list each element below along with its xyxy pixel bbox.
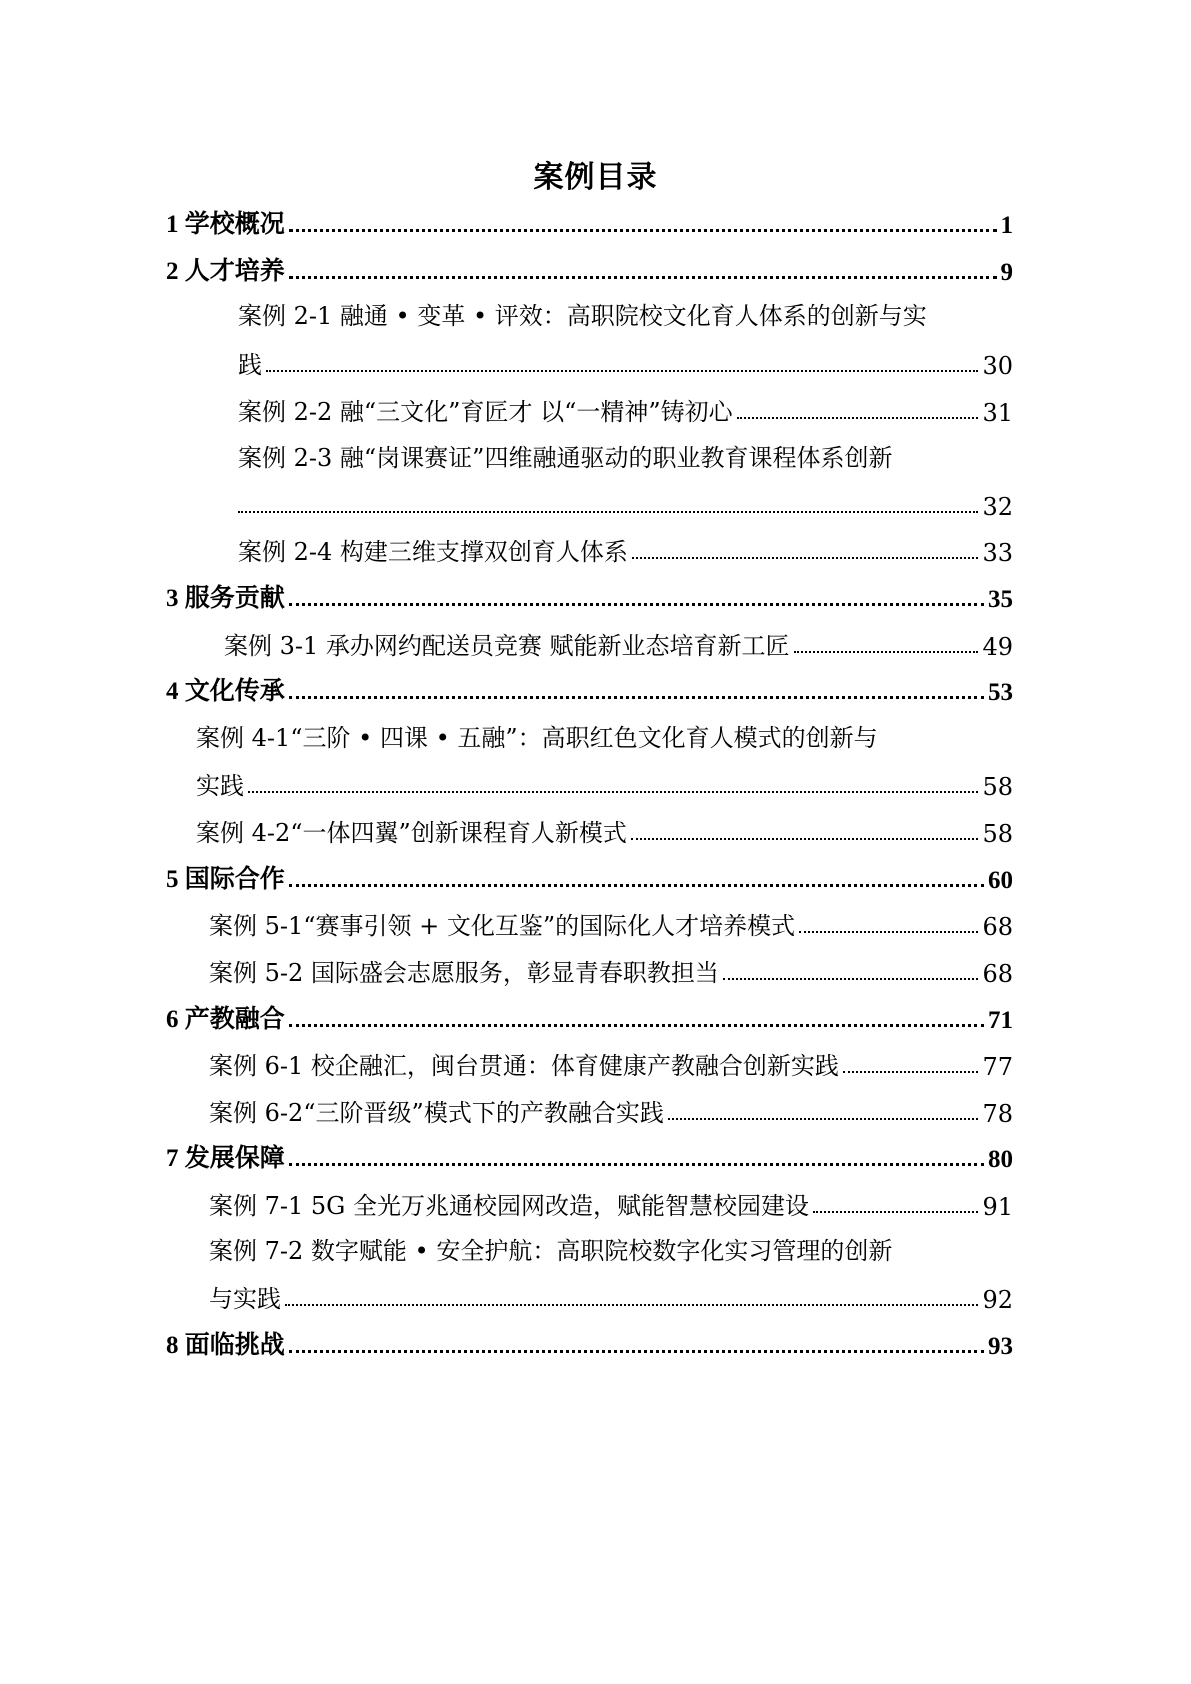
dot-leader [668, 1118, 979, 1120]
toc-case-label: 案例 2-4 构建三维支撑双创育人体系 [238, 532, 630, 567]
dot-leader [813, 1211, 978, 1213]
toc-chapter-4[interactable]: 4 文化传承 53 [166, 667, 1013, 707]
toc-case-label: 案例 5-2 国际盛会志愿服务，彰显青春职教担当 [209, 953, 721, 988]
page-title: 案例目录 [0, 152, 1191, 196]
toc-chapter-label: 4 文化传承 [166, 671, 287, 707]
toc-case-label: 案例 2-2 融“三文化”育匠才 以“一精神”铸初心 [238, 392, 735, 427]
toc-page-number: 53 [986, 679, 1013, 707]
toc-page-number: 92 [980, 1286, 1013, 1314]
toc-case-7-1[interactable]: 案例 7-1 5G 全光万兆通校园网改造，赋能智慧校园建设 91 [209, 1181, 1013, 1221]
toc-page-number: 78 [980, 1100, 1013, 1128]
toc-chapter-7[interactable]: 7 发展保障 80 [166, 1134, 1013, 1174]
toc-page-number: 35 [986, 586, 1013, 614]
toc-page-number: 30 [980, 352, 1013, 380]
toc-chapter-label: 5 国际合作 [166, 859, 287, 895]
toc-case-label: 案例 4-2“一体四翼”创新课程育人新模式 [196, 813, 629, 848]
toc-chapter-label: 3 服务贡献 [166, 578, 287, 614]
toc-case-2-1-line1[interactable]: 案例 2-1 融通 • 变革 • 评效：高职院校文化育人体系的创新与实 [238, 296, 927, 331]
dot-leader [266, 370, 978, 372]
toc-case-label: 与实践 [209, 1279, 283, 1314]
toc-case-2-1[interactable]: 践 30 [238, 340, 1013, 380]
toc-case-7-2-line1[interactable]: 案例 7-2 数字赋能 • 安全护航：高职院校数字化实习管理的创新 [209, 1231, 892, 1266]
dot-leader [289, 1024, 984, 1027]
dot-leader [289, 884, 984, 887]
toc-page-number: 33 [980, 539, 1013, 567]
toc-page-number: 68 [980, 960, 1013, 988]
toc-chapter-6[interactable]: 6 产教融合 71 [166, 995, 1013, 1035]
toc-case-2-4[interactable]: 案例 2-4 构建三维支撑双创育人体系 33 [238, 527, 1013, 567]
dot-leader [631, 838, 979, 840]
dot-leader [289, 229, 997, 232]
toc-chapter-label: 8 面临挑战 [166, 1325, 287, 1361]
toc-page-number: 1 [999, 212, 1014, 240]
dot-leader [289, 276, 997, 279]
toc-case-5-2[interactable]: 案例 5-2 国际盛会志愿服务，彰显青春职教担当 68 [209, 948, 1013, 988]
dot-leader [843, 1071, 979, 1073]
toc-page-number: 60 [986, 867, 1013, 895]
toc-case-label: 践 [238, 345, 264, 380]
toc-page-number: 71 [986, 1007, 1013, 1035]
toc-case-label: 案例 3-1 承办网约配送员竞赛 赋能新业态培育新工匠 [224, 626, 792, 661]
toc-case-2-3-line1[interactable]: 案例 2-3 融“岗课赛证”四维融通驱动的职业教育课程体系创新 [238, 438, 892, 473]
dot-leader [285, 1304, 978, 1306]
dot-leader [289, 1163, 984, 1166]
toc-page-number: 91 [980, 1193, 1013, 1221]
dot-leader [723, 978, 979, 980]
toc-chapter-3[interactable]: 3 服务贡献 35 [166, 574, 1013, 614]
toc-page-number: 58 [980, 820, 1013, 848]
toc-page-number: 58 [980, 773, 1013, 801]
dot-leader [238, 511, 978, 513]
toc-chapter-1[interactable]: 1 学校概况 1 [166, 200, 1013, 240]
dot-leader [289, 1350, 984, 1353]
dot-leader [289, 696, 984, 699]
toc-page-number: 9 [999, 259, 1014, 287]
toc-case-3-1[interactable]: 案例 3-1 承办网约配送员竞赛 赋能新业态培育新工匠 49 [224, 621, 1013, 661]
toc-case-4-2[interactable]: 案例 4-2“一体四翼”创新课程育人新模式 58 [196, 808, 1013, 848]
toc-chapter-label: 2 人才培养 [166, 251, 287, 287]
toc-case-label: 案例 5-1“赛事引领 + 文化互鉴”的国际化人才培养模式 [209, 906, 797, 941]
toc-chapter-2[interactable]: 2 人才培养 9 [166, 247, 1013, 287]
dot-leader [737, 417, 979, 419]
toc-case-6-2[interactable]: 案例 6-2“三阶晋级”模式下的产教融合实践 78 [209, 1088, 1013, 1128]
toc-page-number: 32 [980, 493, 1013, 521]
toc-page-number: 31 [980, 399, 1013, 427]
toc-case-label: 案例 6-1 校企融汇，闽台贯通：体育健康产教融合创新实践 [209, 1046, 841, 1081]
toc-page-number: 77 [980, 1053, 1013, 1081]
toc-chapter-8[interactable]: 8 面临挑战 93 [166, 1321, 1013, 1361]
toc-page-number: 68 [980, 913, 1013, 941]
toc-chapter-5[interactable]: 5 国际合作 60 [166, 855, 1013, 895]
toc-case-label: 案例 6-2“三阶晋级”模式下的产教融合实践 [209, 1093, 666, 1128]
toc-case-2-3[interactable]: 32 [238, 481, 1013, 521]
dot-leader [248, 791, 978, 793]
toc-case-4-1-line1[interactable]: 案例 4-1“三阶 • 四课 • 五融”：高职红色文化育人模式的创新与 [196, 718, 878, 753]
toc-chapter-label: 6 产教融合 [166, 999, 287, 1035]
dot-leader [632, 557, 979, 559]
toc-case-4-1[interactable]: 实践 58 [196, 761, 1013, 801]
toc-case-label: 案例 7-1 5G 全光万兆通校园网改造，赋能智慧校园建设 [209, 1186, 811, 1221]
toc-page-number: 93 [986, 1333, 1013, 1361]
dot-leader [289, 603, 984, 606]
toc-case-2-2[interactable]: 案例 2-2 融“三文化”育匠才 以“一精神”铸初心 31 [238, 387, 1013, 427]
toc-page-number: 49 [980, 633, 1013, 661]
dot-leader [794, 651, 979, 653]
toc-case-5-1[interactable]: 案例 5-1“赛事引领 + 文化互鉴”的国际化人才培养模式 68 [209, 901, 1013, 941]
toc-chapter-label: 1 学校概况 [166, 204, 287, 240]
dot-leader [799, 931, 978, 933]
toc-case-7-2[interactable]: 与实践 92 [209, 1274, 1013, 1314]
toc-case-label: 实践 [196, 766, 246, 801]
toc-page-number: 80 [986, 1146, 1013, 1174]
toc-case-6-1[interactable]: 案例 6-1 校企融汇，闽台贯通：体育健康产教融合创新实践 77 [209, 1041, 1013, 1081]
toc-chapter-label: 7 发展保障 [166, 1138, 287, 1174]
